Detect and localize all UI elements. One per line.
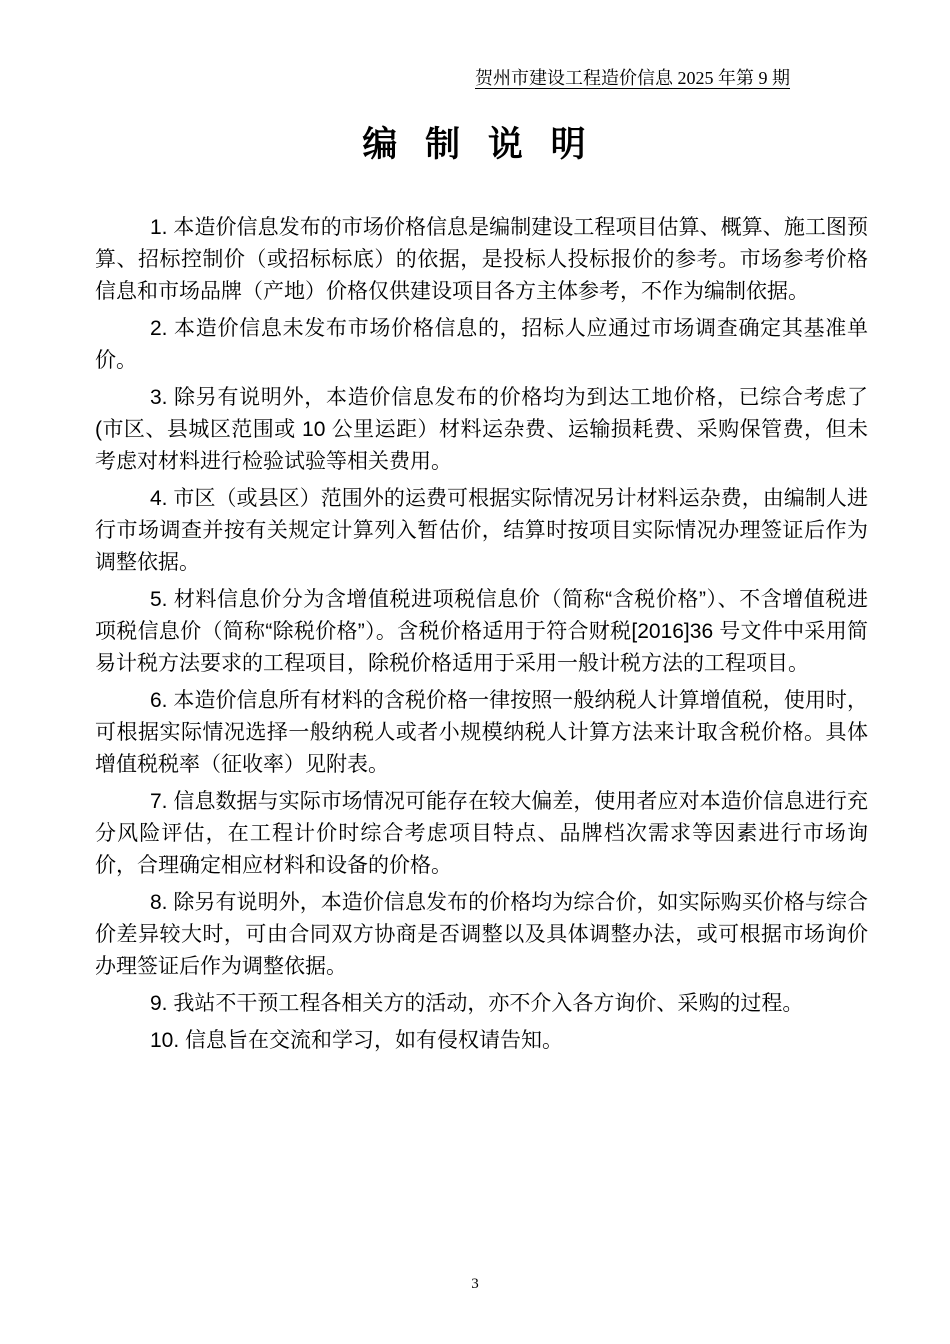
document-page: 贺州市建设工程造价信息 2025 年第 9 期 编 制 说 明 1. 本造价信息…	[0, 0, 950, 1344]
paragraph-3: 3. 除另有说明外，本造价信息发布的价格均为到达工地价格，已综合考虑了(市区、县…	[95, 382, 868, 478]
paragraph-10: 10. 信息旨在交流和学习，如有侵权请告知。	[95, 1025, 868, 1057]
page-footer: 3	[0, 1274, 950, 1294]
paragraph-2: 2. 本造价信息未发布市场价格信息的，招标人应通过市场调查确定其基准单价。	[95, 313, 868, 377]
page-number: 3	[471, 1276, 479, 1292]
paragraph-4: 4. 市区（或县区）范围外的运费可根据实际情况另计材料运杂费，由编制人进行市场调…	[95, 483, 868, 579]
paragraph-1: 1. 本造价信息发布的市场价格信息是编制建设工程项目估算、概算、施工图预算、招标…	[95, 212, 868, 308]
paragraph-6: 6. 本造价信息所有材料的含税价格一律按照一般纳税人计算增值税，使用时，可根据实…	[95, 685, 868, 781]
issue-label: 贺州市建设工程造价信息 2025 年第 9 期	[475, 68, 790, 88]
document-body: 1. 本造价信息发布的市场价格信息是编制建设工程项目估算、概算、施工图预算、招标…	[95, 212, 868, 1062]
paragraph-5: 5. 材料信息价分为含增值税进项税信息价（简称“含税价格”）、不含增值税进项税信…	[95, 584, 868, 680]
paragraph-9: 9. 我站不干预工程各相关方的活动，亦不介入各方询价、采购的过程。	[95, 988, 868, 1020]
page-title: 编 制 说 明	[0, 122, 950, 168]
paragraph-8: 8. 除另有说明外，本造价信息发布的价格均为综合价，如实际购买价格与综合价差异较…	[95, 887, 868, 983]
paragraph-7: 7. 信息数据与实际市场情况可能存在较大偏差，使用者应对本造价信息进行充分风险评…	[95, 786, 868, 882]
page-header: 贺州市建设工程造价信息 2025 年第 9 期	[0, 66, 790, 90]
